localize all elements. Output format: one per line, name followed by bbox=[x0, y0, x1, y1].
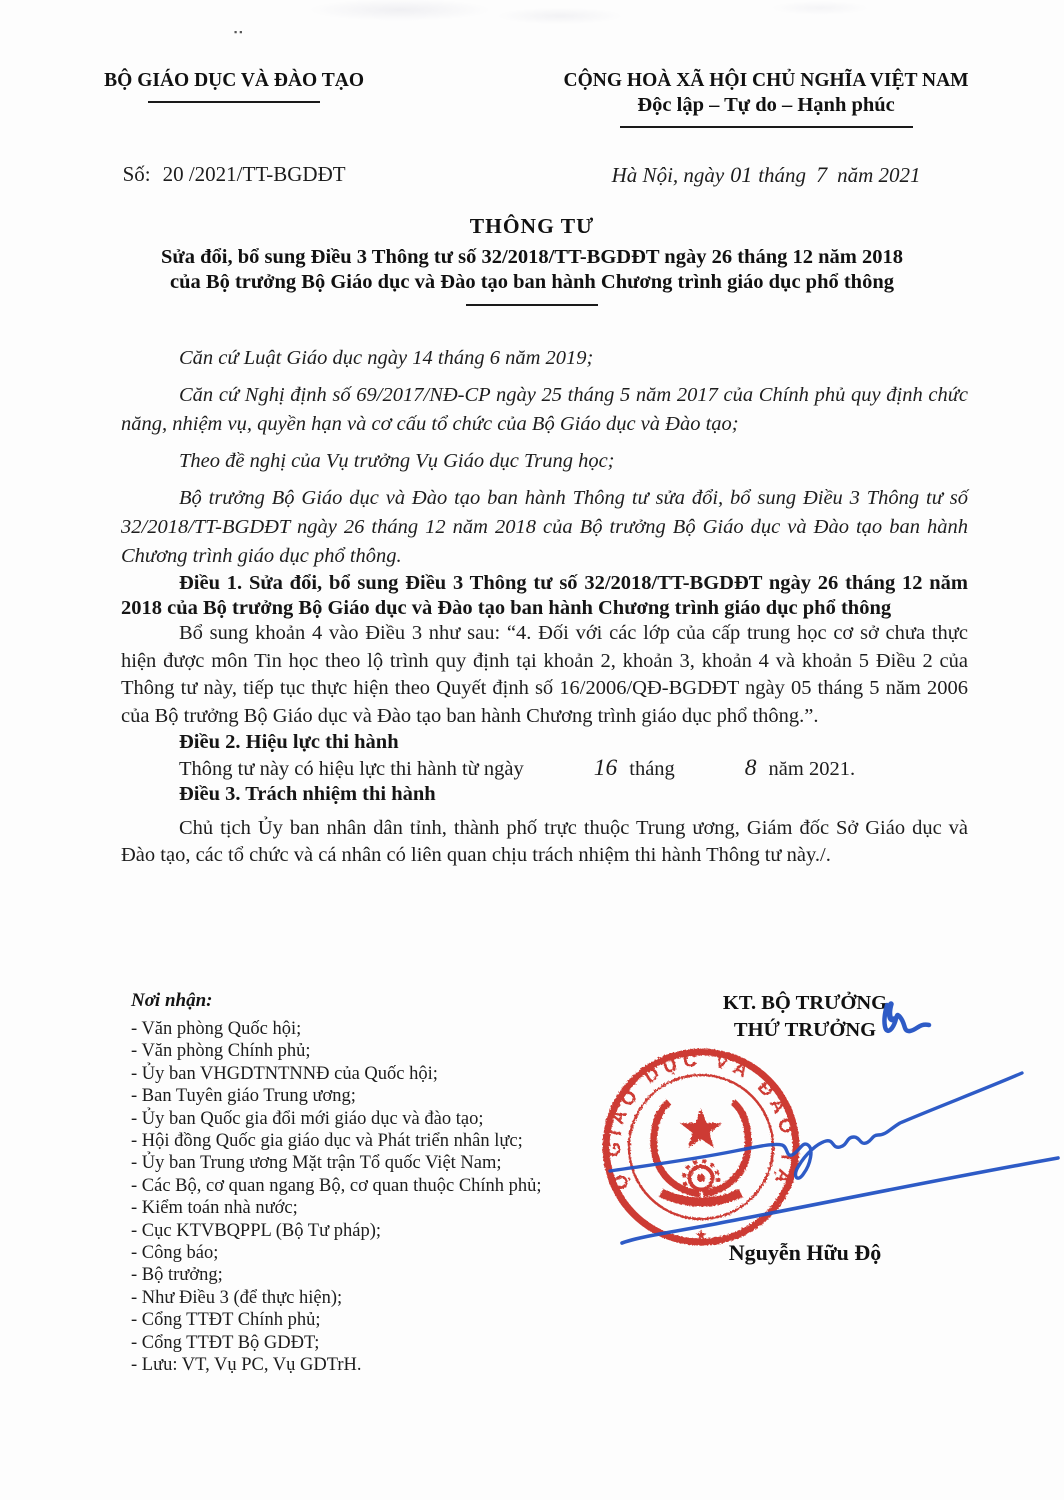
national-emblem bbox=[654, 1102, 748, 1202]
emblem-star bbox=[680, 1108, 722, 1148]
effective-prefix: Thông tư này có hiệu lực thi hành từ ngà… bbox=[179, 758, 524, 780]
article-1-body: Bổ sung khoản 4 vào Điều 3 như sau: “4. … bbox=[121, 620, 968, 730]
doc-number-row: Số:20 /2021/TT-BGDĐT Hà Nội, ngày01tháng… bbox=[0, 162, 1064, 188]
article-1-heading: Điều 1. Sửa đổi, bổ sung Điều 3 Thông tư… bbox=[121, 571, 968, 620]
recipient-item: - Ủy ban Quốc gia đổi mới giáo dục và đà… bbox=[131, 1108, 631, 1130]
preamble: Căn cứ Luật Giáo dục ngày 14 tháng 6 năm… bbox=[121, 344, 968, 571]
scan-speck: ▪▪ bbox=[234, 30, 244, 34]
seal-bottom-star: ★ bbox=[694, 1228, 707, 1244]
recipients-block: Nơi nhận: - Văn phòng Quốc hội; - Văn ph… bbox=[131, 990, 631, 1377]
document-page: ▪▪ BỘ GIÁO DỤC VÀ ĐÀO TẠO CỘNG HOÀ XÃ HỘ… bbox=[0, 0, 1064, 1500]
recipient-item: - Ban Tuyên giáo Trung ương; bbox=[131, 1085, 631, 1107]
article-3-body: Chủ tịch Ủy ban nhân dân tỉnh, thành phố… bbox=[121, 815, 968, 868]
effective-date-line: Thông tư này có hiệu lực thi hành từ ngà… bbox=[121, 755, 968, 782]
document-header: BỘ GIÁO DỤC VÀ ĐÀO TẠO CỘNG HOÀ XÃ HỘI C… bbox=[0, 0, 1064, 128]
recipient-item: - Như Điều 3 (để thực hiện); bbox=[131, 1287, 631, 1309]
doc-number: Số:20 /2021/TT-BGDĐT bbox=[0, 162, 468, 188]
authority-line-1: KT. BỘ TRƯỞNG bbox=[640, 990, 970, 1017]
emblem-wreath-right bbox=[703, 1102, 748, 1194]
date-thang-word: tháng bbox=[758, 163, 806, 187]
recipient-item: - Văn phòng Quốc hội; bbox=[131, 1018, 631, 1040]
article-3-heading: Điều 3. Trách nhiệm thi hành bbox=[121, 782, 968, 807]
emblem-cog-hub bbox=[697, 1174, 705, 1182]
recipient-item: - Các Bộ, cơ quan ngang Bộ, cơ quan thuộ… bbox=[131, 1175, 631, 1197]
preamble-paragraph-3: Theo đề nghị của Vụ trưởng Vụ Giáo dục T… bbox=[121, 447, 968, 476]
recipients-list: - Văn phòng Quốc hội; - Văn phòng Chính … bbox=[131, 1018, 631, 1377]
recipient-item: - Cục KTVBQPPL (Bộ Tư pháp); bbox=[131, 1220, 631, 1242]
recipient-item: - Ủy ban VHGDTNTNNĐ của Quốc hội; bbox=[131, 1063, 631, 1085]
issuing-org-name: BỘ GIÁO DỤC VÀ ĐÀO TẠO bbox=[0, 70, 468, 92]
title-block: THÔNG TƯ Sửa đổi, bổ sung Điều 3 Thông t… bbox=[0, 214, 1064, 306]
recipient-item: - Bộ trưởng; bbox=[131, 1264, 631, 1286]
motto-underline bbox=[620, 126, 913, 128]
motto-line: Độc lập – Tự do – Hạnh phúc bbox=[468, 94, 1064, 117]
org-underline bbox=[148, 101, 320, 103]
recipient-item: - Cổng TTĐT Bộ GDĐT; bbox=[131, 1332, 631, 1354]
doc-number-value: 20 /2021/TT-BGDĐT bbox=[163, 162, 346, 186]
doc-type-title: THÔNG TƯ bbox=[0, 214, 1064, 239]
preamble-paragraph-1: Căn cứ Luật Giáo dục ngày 14 tháng 6 năm… bbox=[121, 344, 968, 373]
date-year-text: năm 2021 bbox=[837, 163, 920, 187]
date-day-value: 01 bbox=[730, 162, 752, 187]
emblem-wreath-left bbox=[654, 1102, 699, 1194]
preamble-paragraph-2: Căn cứ Nghị định số 69/2017/NĐ-CP ngày 2… bbox=[121, 381, 968, 439]
recipient-item: - Lưu: VT, Vụ PC, Vụ GDTrH. bbox=[131, 1354, 631, 1376]
effective-suffix: năm 2021. bbox=[769, 758, 856, 780]
document-footer: Nơi nhận: - Văn phòng Quốc hội; - Văn ph… bbox=[0, 988, 1064, 1500]
preamble-paragraph-4: Bộ trưởng Bộ Giáo dục và Đào tạo ban hàn… bbox=[121, 484, 968, 571]
effective-thang-word: tháng bbox=[629, 758, 675, 780]
title-underline bbox=[466, 304, 598, 306]
header-left: BỘ GIÁO DỤC VÀ ĐÀO TẠO bbox=[0, 70, 468, 128]
document-body: Căn cứ Luật Giáo dục ngày 14 tháng 6 năm… bbox=[0, 344, 1064, 868]
republic-line: CỘNG HOÀ XÃ HỘI CHỦ NGHĨA VIỆT NAM bbox=[468, 70, 1064, 92]
subtitle-line-1: Sửa đổi, bổ sung Điều 3 Thông tư số 32/2… bbox=[0, 245, 1064, 270]
doc-number-label: Số: bbox=[123, 162, 151, 186]
authority-block: KT. BỘ TRƯỞNG THỨ TRƯỞNG bbox=[640, 990, 970, 1044]
effective-month-value: 8 bbox=[687, 755, 757, 781]
place-date-line: Hà Nội, ngày01tháng7năm 2021 bbox=[468, 162, 1064, 188]
recipients-label: Nơi nhận: bbox=[131, 990, 631, 1012]
header-right: CỘNG HOÀ XÃ HỘI CHỦ NGHĨA VIỆT NAM Độc l… bbox=[468, 70, 1064, 128]
place-date-prefix: Hà Nội, ngày bbox=[612, 163, 725, 187]
recipient-item: - Kiểm toán nhà nước; bbox=[131, 1197, 631, 1219]
recipient-item: - Ủy ban Trung ương Mặt trận Tổ quốc Việ… bbox=[131, 1152, 631, 1174]
authority-line-2: THỨ TRƯỞNG bbox=[640, 1017, 970, 1044]
recipient-item: - Văn phòng Chính phủ; bbox=[131, 1040, 631, 1062]
recipient-item: - Hội đồng Quốc gia giáo dục và Phát tri… bbox=[131, 1130, 631, 1152]
date-month-value: 7 bbox=[816, 162, 827, 187]
seal-graphic: BỘ GIÁO DỤC VÀ ĐÀO TẠO ★ bbox=[598, 1044, 798, 1244]
recipient-item: - Cổng TTĐT Chính phủ; bbox=[131, 1309, 631, 1331]
ministry-seal: BỘ GIÁO DỤC VÀ ĐÀO TẠO ★ bbox=[598, 1044, 804, 1250]
subtitle-line-2: của Bộ trưởng Bộ Giáo dục và Đào tạo ban… bbox=[0, 270, 1064, 295]
article-2-heading: Điều 2. Hiệu lực thi hành bbox=[121, 730, 968, 755]
recipient-item: - Công báo; bbox=[131, 1242, 631, 1264]
emblem-ribbon bbox=[661, 1193, 741, 1202]
effective-day-value: 16 bbox=[536, 755, 618, 781]
